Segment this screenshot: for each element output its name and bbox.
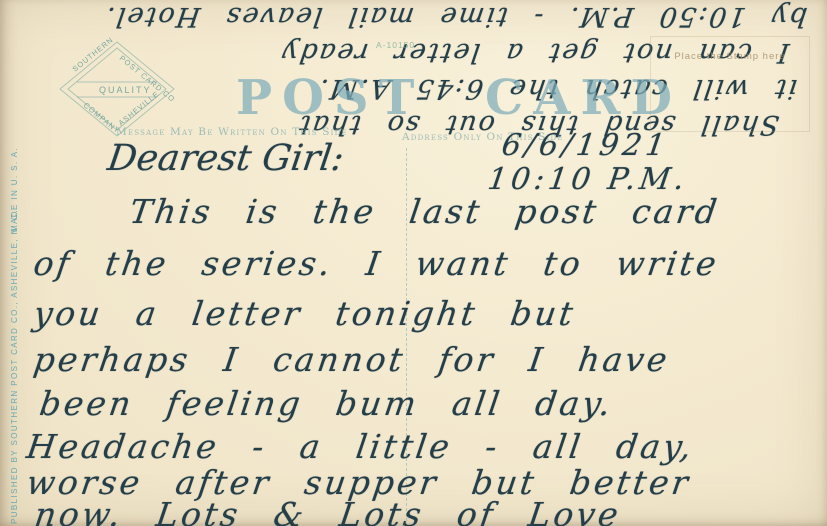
message-line: Headache - a little - all day,: [24, 427, 696, 466]
logo-text-quality: QUALITY: [99, 85, 152, 95]
flipped-note-line: by 10:50 P.M. - time mail leaves Hotel.: [0, 0, 810, 34]
message-line: now. Lots & Lots of Love: [32, 495, 623, 526]
message-line: been feeling bum all day.: [37, 384, 616, 423]
postcard-title: POST CARD: [236, 70, 682, 126]
message-line: you a letter tonight but: [31, 294, 578, 333]
message-line: of the series. I want to write: [31, 244, 721, 283]
stamp-box: Place the Stamp here: [650, 36, 810, 132]
message-line: perhaps I cannot for I have: [31, 340, 672, 379]
print-code: A-10150: [376, 40, 415, 50]
message-side-instruction: Message May Be Written On This Side: [116, 126, 348, 138]
date-written: 6/6/1921: [500, 128, 672, 163]
salutation: Dearest Girl:: [105, 138, 346, 179]
postcard-back: Shall send this out so that it will catc…: [0, 0, 827, 526]
publisher-credit-vertical: PUBLISHED BY SOUTHERN POST CARD CO., ASH…: [10, 282, 19, 524]
made-in-usa-vertical: MADE IN U. S. A.: [10, 72, 19, 232]
stamp-hint-text: Place the Stamp here: [651, 51, 809, 62]
message-line: This is the last post card: [127, 192, 722, 231]
